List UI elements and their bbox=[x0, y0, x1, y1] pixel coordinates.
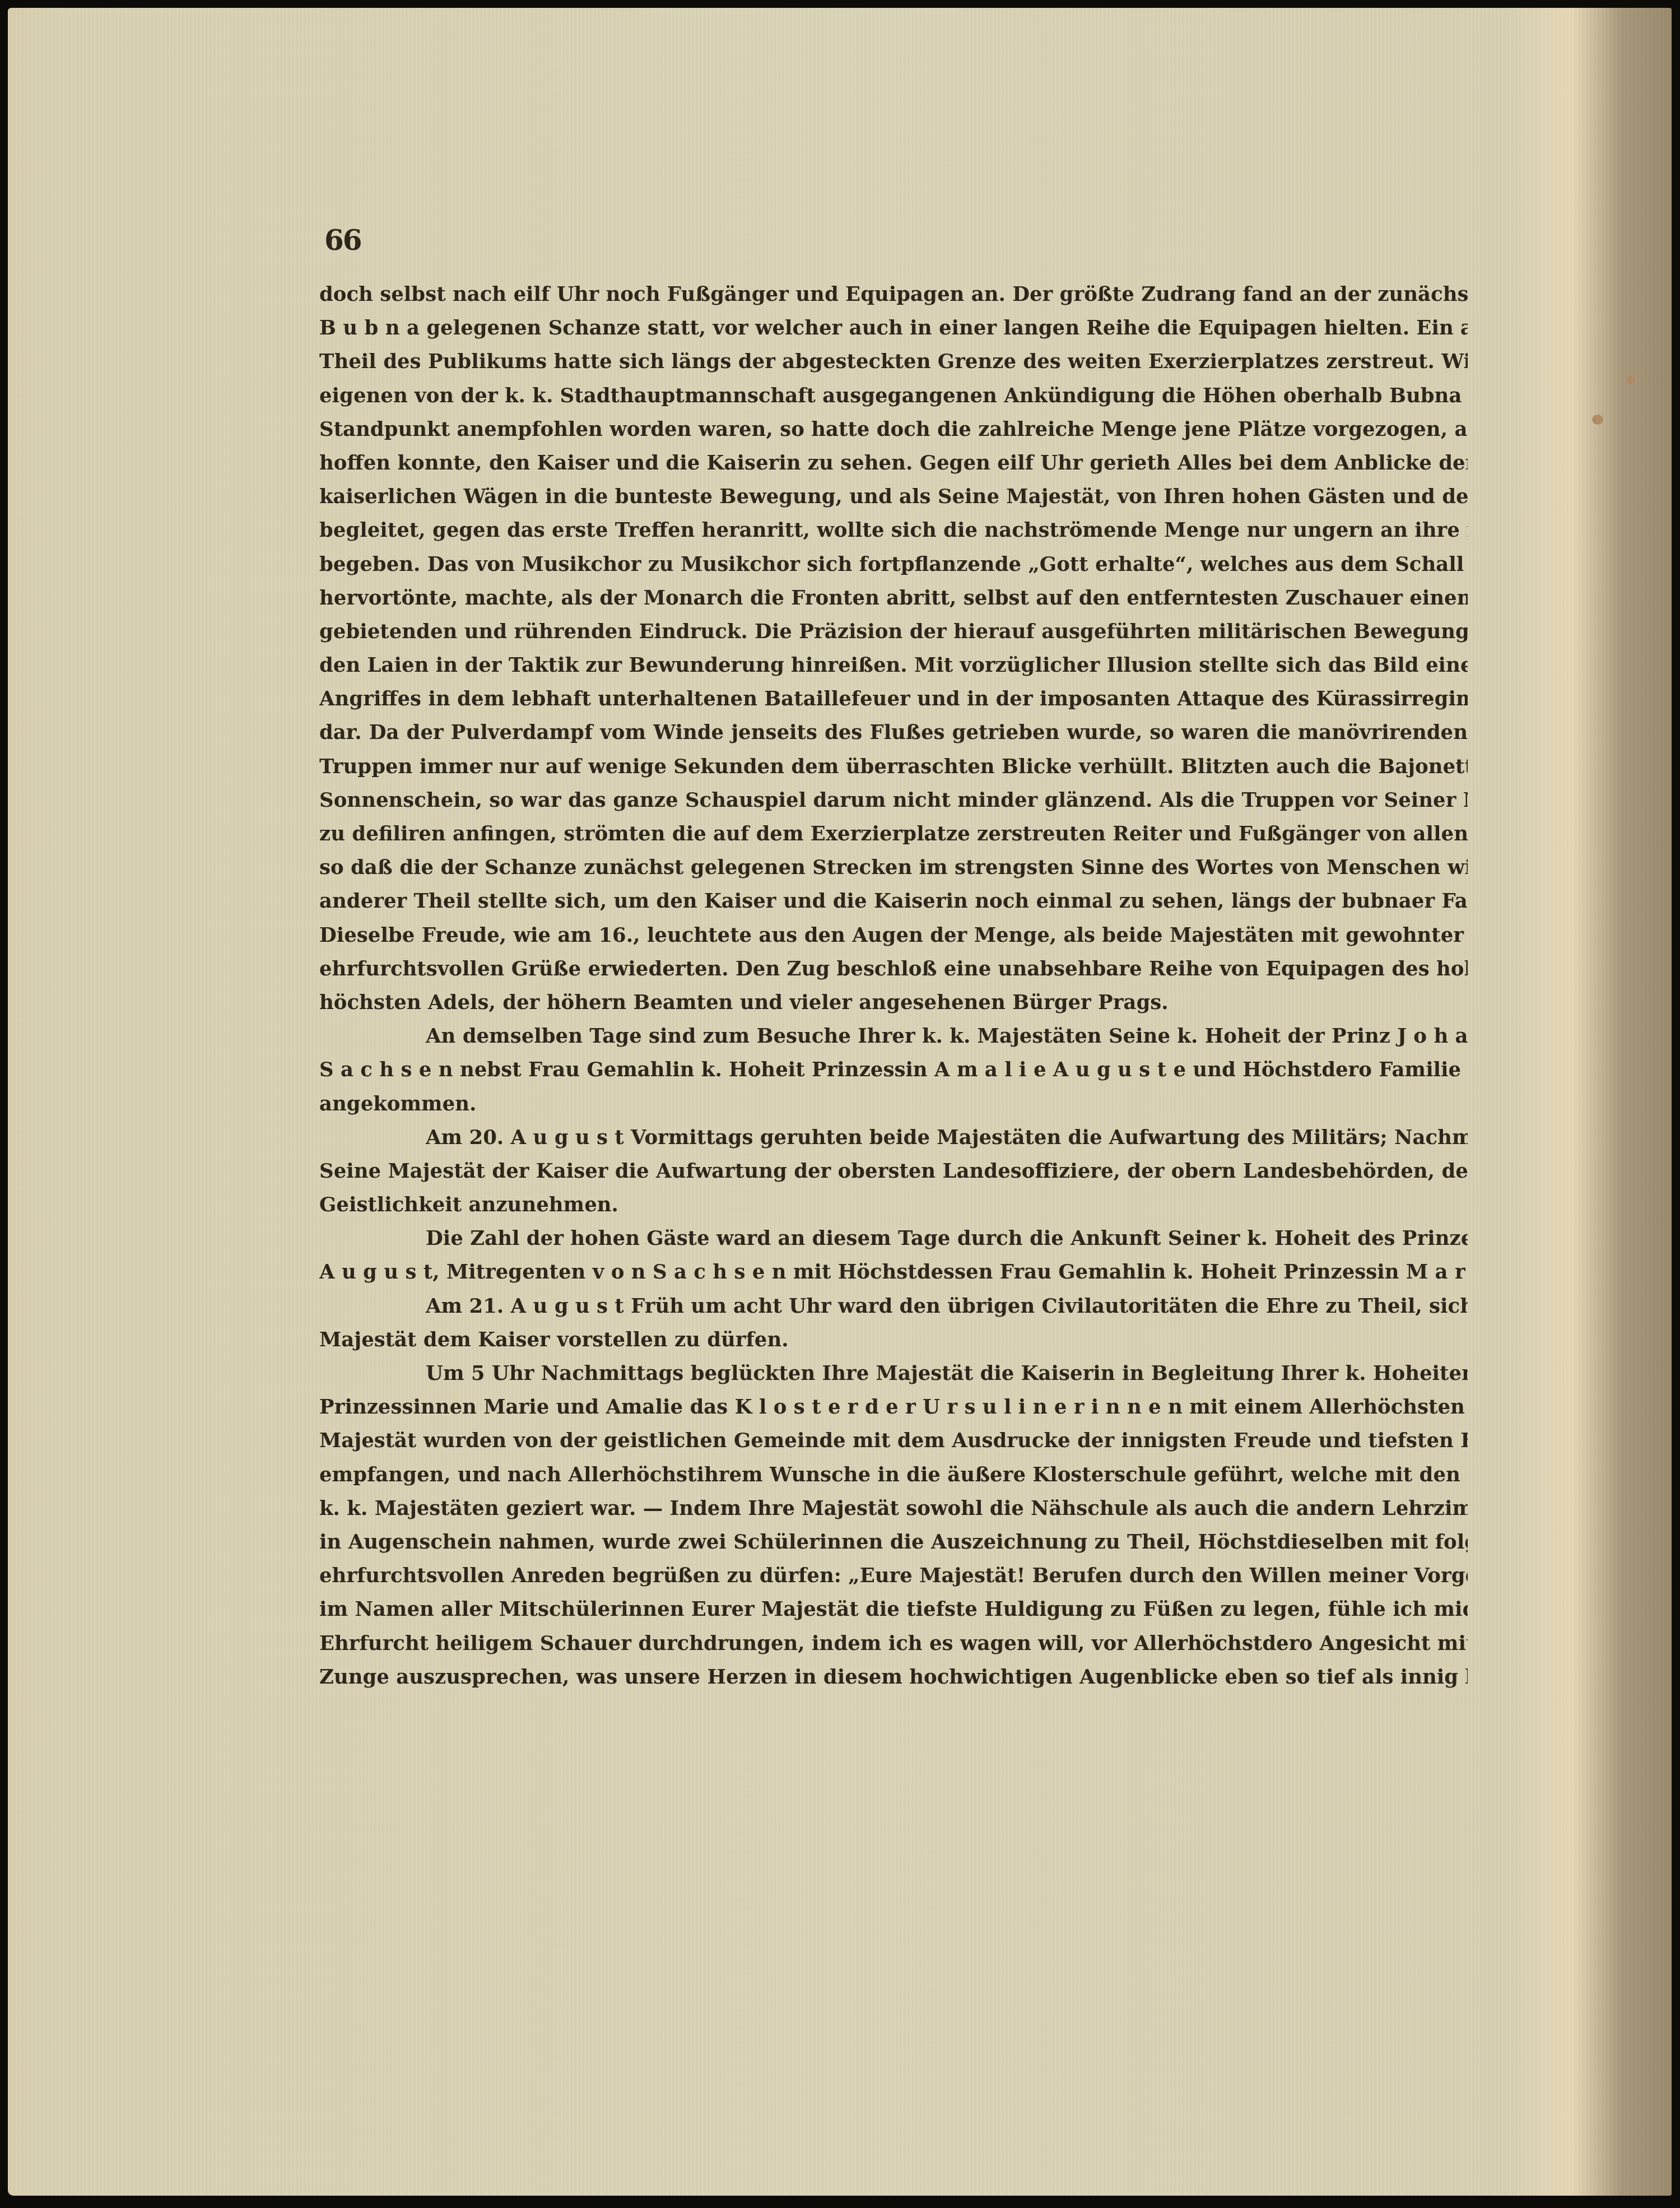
stain-spot bbox=[1592, 415, 1603, 425]
text-line: kaiserlichen Wägen in die bunteste Beweg… bbox=[319, 480, 1468, 514]
text-line: A u g u s t, Mitregenten v o n S a c h s… bbox=[319, 1256, 1468, 1289]
text-line: An demselben Tage sind zum Besuche Ihrer… bbox=[319, 1020, 1468, 1053]
text-line: Prinzessinnen Marie und Amalie das K l o… bbox=[319, 1391, 1468, 1424]
text-line: begeben. Das von Musikchor zu Musikchor … bbox=[319, 548, 1468, 582]
text-line: Seine Majestät der Kaiser die Aufwartung… bbox=[319, 1155, 1468, 1188]
text-line: gebietenden und rührenden Eindruck. Die … bbox=[319, 615, 1468, 649]
text-line: Die Zahl der hohen Gäste ward an diesem … bbox=[319, 1222, 1468, 1256]
text-line: dar. Da der Pulverdampf vom Winde jensei… bbox=[319, 716, 1468, 750]
text-line: Zunge auszusprechen, was unsere Herzen i… bbox=[319, 1661, 1468, 1694]
text-line: begleitet, gegen das erste Treffen heran… bbox=[319, 514, 1468, 547]
text-line: eigenen von der k. k. Stadthauptmannscha… bbox=[319, 379, 1468, 413]
page-number: 66 bbox=[324, 224, 361, 257]
text-line: Theil des Publikums hatte sich längs der… bbox=[319, 345, 1468, 379]
stain-spot bbox=[1626, 375, 1635, 384]
text-line: Ehrfurcht heiligem Schauer durchdrungen,… bbox=[319, 1627, 1468, 1661]
text-line: so daß die der Schanze zunächst gelegene… bbox=[319, 851, 1468, 885]
text-line: Dieselbe Freude, wie am 16., leuchtete a… bbox=[319, 919, 1468, 952]
text-line: ehrfurchtsvollen Grüße erwiederten. Den … bbox=[319, 952, 1468, 986]
text-line: hoffen konnte, den Kaiser und die Kaiser… bbox=[319, 447, 1468, 480]
scanned-page: 66 doch selbst nach eilf Uhr noch Fußgän… bbox=[8, 8, 1672, 2196]
text-line: anderer Theil stellte sich, um den Kaise… bbox=[319, 885, 1468, 918]
text-line: höchsten Adels, der höhern Beamten und v… bbox=[319, 986, 1468, 1020]
text-line: den Laien in der Taktik zur Bewunderung … bbox=[319, 649, 1468, 682]
text-line: doch selbst nach eilf Uhr noch Fußgänger… bbox=[319, 278, 1468, 312]
text-line: Geistlichkeit anzunehmen. bbox=[319, 1188, 1468, 1222]
text-line: Sonnenschein, so war das ganze Schauspie… bbox=[319, 784, 1468, 817]
text-line: S a c h s e n nebst Frau Gemahlin k. Hoh… bbox=[319, 1053, 1468, 1087]
text-line: Standpunkt anempfohlen worden waren, so … bbox=[319, 413, 1468, 447]
text-line: B u b n a gelegenen Schanze statt, vor w… bbox=[319, 312, 1468, 345]
text-line: ehrfurchtsvollen Anreden begrüßen zu dür… bbox=[319, 1559, 1468, 1593]
text-line: Majestät wurden von der geistlichen Geme… bbox=[319, 1424, 1468, 1458]
text-line: Angriffes in dem lebhaft unterhaltenen B… bbox=[319, 682, 1468, 716]
text-line: zu defiliren anfingen, strömten die auf … bbox=[319, 817, 1468, 851]
text-line: Am 20. A u g u s t Vormittags geruhten b… bbox=[319, 1121, 1468, 1155]
text-line: in Augenschein nahmen, wurde zwei Schüle… bbox=[319, 1526, 1468, 1559]
text-line: Um 5 Uhr Nachmittags beglückten Ihre Maj… bbox=[319, 1357, 1468, 1391]
text-line: empfangen, und nach Allerhöchstihrem Wun… bbox=[319, 1458, 1468, 1492]
text-line: angekommen. bbox=[319, 1087, 1468, 1121]
text-line: im Namen aller Mitschülerinnen Eurer Maj… bbox=[319, 1593, 1468, 1626]
text-line: Truppen immer nur auf wenige Sekunden de… bbox=[319, 750, 1468, 784]
text-line: k. k. Majestäten geziert war. — Indem Ih… bbox=[319, 1492, 1468, 1526]
body-text: doch selbst nach eilf Uhr noch Fußgänger… bbox=[319, 278, 1468, 1694]
text-line: Am 21. A u g u s t Früh um acht Uhr ward… bbox=[319, 1290, 1468, 1323]
text-line: Majestät dem Kaiser vorstellen zu dürfen… bbox=[319, 1323, 1468, 1357]
text-line: hervortönte, machte, als der Monarch die… bbox=[319, 582, 1468, 615]
